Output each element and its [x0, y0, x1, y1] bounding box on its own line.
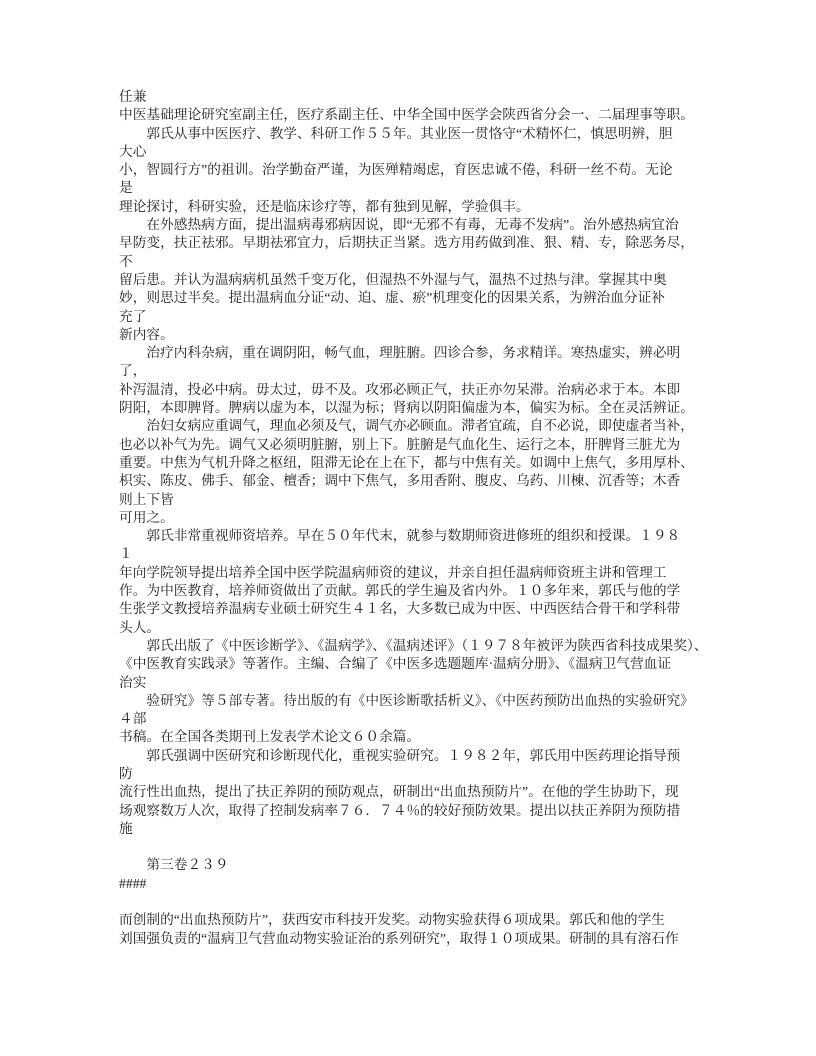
- text-line: 治妇女病应重调气，理血必须及气，调气亦必顾血。滞者宜疏，自不必说，即使虚者当补，: [119, 417, 704, 435]
- text-line: 第三卷２３９: [119, 856, 704, 874]
- text-line: 理论探讨，科研实验，还是临床诊疗等，都有独到见解，学验俱丰。: [119, 198, 704, 216]
- document-text-block: 任兼中医基础理论研究室副主任，医疗系副主任、中华全国中医学会陕西省分会一、二届理…: [119, 88, 704, 948]
- text-line: 治疗内科杂病，重在调阴阳，畅气血，理脏腑。四诊合参，务求精详。寒热虚实，辨必明: [119, 344, 704, 362]
- text-line: 头人。: [119, 619, 704, 637]
- text-line: 大心: [119, 143, 704, 161]
- text-line: 任兼: [119, 88, 704, 106]
- text-line: 刘国强负责的“温病卫气营血动物实验证治的系列研究”，取得１０项成果。研制的具有溶…: [119, 930, 704, 948]
- text-line: 留后患。并认为温病病机虽然千变万化，但湿热不外湿与气，温热不过热与津。掌握其中奥: [119, 271, 704, 289]
- text-line: 补泻温清，投必中病。毋太过，毋不及。攻邪必顾正气，扶正亦勿呆滞。治病必求于本。本…: [119, 381, 704, 399]
- text-line: 不: [119, 253, 704, 271]
- text-line: 郭氏非常重视师资培养。早在５０年代末，就参与数期师资进修班的组织和授课。１９８: [119, 527, 704, 545]
- text-line: １: [119, 545, 704, 563]
- text-line: 防: [119, 765, 704, 783]
- text-line: ４部: [119, 710, 704, 728]
- text-line: 作。为中医教育，培养师资做出了贡献。郭氏的学生遍及省内外。１０多年来，郭氏与他的…: [119, 582, 704, 600]
- text-line: ####: [119, 875, 704, 893]
- text-line: 流行性出血热，提出了扶正养阴的预防观点，研制出“出血热预防片”。在他的学生协助下…: [119, 783, 704, 801]
- text-line: 重要。中焦为气机升降之枢纽，阻滞无论在上在下，都与中焦有关。如调中上焦气，多用厚…: [119, 454, 704, 472]
- text-line: 场观察数万人次，取得了控制发病率７６．７４％的较好预防效果。提出以扶正养阴为预防…: [119, 802, 704, 820]
- text-line: 早防变，扶正祛邪。早期祛邪宜力，后期扶正当紧。选方用药做到准、狠、精、专，除恶务…: [119, 234, 704, 252]
- text-line: 施: [119, 820, 704, 838]
- text-line: [119, 893, 704, 911]
- text-line: 而创制的“出血热预防片”，获西安市科技开发奖。动物实验获得６项成果。郭氏和他的学…: [119, 911, 704, 929]
- text-line: 书稿。在全国各类期刊上发表学术论文６０余篇。: [119, 728, 704, 746]
- text-line: 郭氏从事中医医疗、教学、科研工作５５年。其业医一贯恪守“术精怀仁，慎思明辨，胆: [119, 125, 704, 143]
- text-line: 则上下皆: [119, 491, 704, 509]
- text-line: 验研究》等５部专著。待出版的有《中医诊断歌括析义》、《中医药预防出血热的实验研究…: [119, 692, 704, 710]
- text-line: 治实: [119, 674, 704, 692]
- text-line: 年向学院领导提出培养全国中医学院温病师资的建议，并亲自担任温病师资班主讲和管理工: [119, 564, 704, 582]
- text-line: 生张学文教授培养温病专业硕士研究生４１名，大多数已成为中医、中西医结合骨干和学科…: [119, 600, 704, 618]
- text-line: 是: [119, 179, 704, 197]
- text-line: 小，智圆行方”的祖训。治学勤奋严谨，为医殚精竭虑，育医忠诚不倦，科研一丝不苟。无…: [119, 161, 704, 179]
- text-line: [119, 838, 704, 856]
- document-page: 任兼中医基础理论研究室副主任，医疗系副主任、中华全国中医学会陕西省分会一、二届理…: [0, 0, 816, 1056]
- text-line: 了，: [119, 362, 704, 380]
- text-line: 郭氏出版了《中医诊断学》、《温病学》、《温病述评》（１９７８年被评为陕西省科技成…: [119, 637, 704, 655]
- text-line: 枳实、陈皮、佛手、郁金、檀香；调中下焦气，多用香附、腹皮、乌药、川楝、沉香等；木…: [119, 472, 704, 490]
- text-line: 郭氏强调中医研究和诊断现代化，重视实验研究。１９８２年，郭氏用中医药理论指导预: [119, 747, 704, 765]
- text-line: 在外感热病方面，提出温病毒邪病因说，即“无邪不有毒，无毒不发病”。治外感热病宜治: [119, 216, 704, 234]
- text-line: 可用之。: [119, 509, 704, 527]
- text-line: 新内容。: [119, 326, 704, 344]
- text-line: 妙，则思过半矣。提出温病血分证“动、迫、虚、瘀”机理变化的因果关系，为辨治血分证…: [119, 289, 704, 307]
- text-line: 也必以补气为先。调气又必须明脏腑，别上下。脏腑是气血化生、运行之本，肝脾肾三脏尤…: [119, 436, 704, 454]
- text-line: 阴阳，本即脾肾。脾病以虚为本，以湿为标；肾病以阴阳偏虚为本，偏实为标。全在灵活辨…: [119, 399, 704, 417]
- text-line: 充了: [119, 308, 704, 326]
- text-line: 《中医教育实践录》等著作。主编、合编了《中医多选题题库·温病分册》、《温病卫气营…: [119, 655, 704, 673]
- text-line: 中医基础理论研究室副主任，医疗系副主任、中华全国中医学会陕西省分会一、二届理事等…: [119, 106, 704, 124]
